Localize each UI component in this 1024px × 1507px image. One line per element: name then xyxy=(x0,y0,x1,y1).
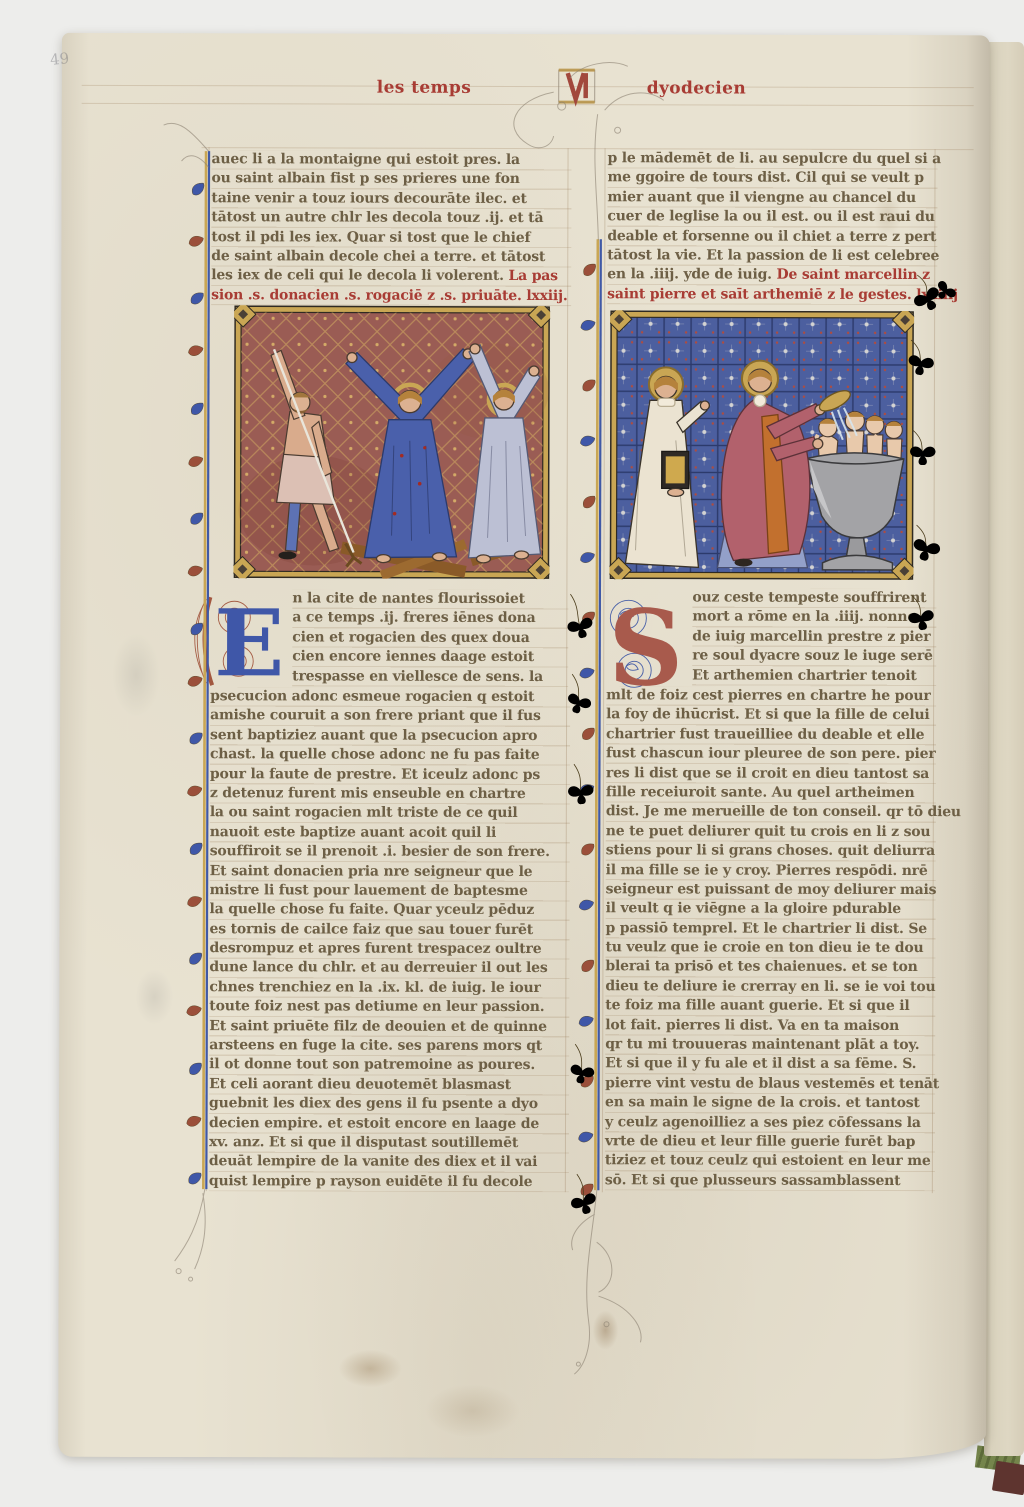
text-line: sent baptiziez auant que la psecucion ap… xyxy=(210,726,570,746)
text-column-right-indent: ouz ceste tempeste souffrirentmort a rōm… xyxy=(692,588,936,686)
text-line: tātost la vie. Et la passion de li est c… xyxy=(607,246,937,266)
parchment-stain xyxy=(592,1310,618,1350)
text-line: blerai ta prisō et tes chaienues. et se … xyxy=(605,958,935,978)
centre-border-bar xyxy=(595,239,600,1190)
text-line: ne te puet deliurer quit tu crois en li … xyxy=(606,822,936,842)
text-line: chartrier fust traueilliee du deable et … xyxy=(606,725,936,745)
text-column-left-body: psecucion adonc esmeue rogacien q estoit… xyxy=(209,687,570,1192)
text-line: mier auant que il viengne au chancel du xyxy=(607,188,937,208)
text-line: dieu te deliure ie crerray en li. se ie … xyxy=(605,977,935,997)
text-line: Et si que il y fu ale et il dist a sa fē… xyxy=(605,1055,935,1075)
text-line: seigneur est puissant de moy deliurer ma… xyxy=(606,880,936,900)
text-line: y ceulz agenoilliez a ses piez cōfessans… xyxy=(605,1113,935,1133)
text-line: auec li a la montaigne qui estoit pres. … xyxy=(212,150,572,170)
text-line: vrte de dieu et leur fille guerie furēt … xyxy=(605,1132,935,1152)
text-line: sion .s. donacien .s. rogaciē z .s. priu… xyxy=(211,286,571,306)
text-line: fust chascun iour pleuree de son pere. p… xyxy=(606,744,936,764)
text-line: Et saint donacien pria nre seigneur que … xyxy=(210,862,570,882)
text-line: mistre li fust pour lauement de baptesme xyxy=(210,881,570,901)
text-line: re soul dyacre souz le iuge serē xyxy=(692,647,936,667)
text-line: de iuig marcellin prestre z pier xyxy=(692,627,936,647)
text-line: il veult q ie viēgne a la gloire pdurabl… xyxy=(606,900,936,920)
text-line: de saint albain decole chei a terre. et … xyxy=(211,247,571,267)
initial-letter-e: E xyxy=(214,589,284,693)
parchment-stain xyxy=(338,1350,402,1388)
text-line: pour la faute de prestre. Et iceulz adon… xyxy=(210,765,570,785)
text-line: te foiz ma fille auant guerie. Et si que… xyxy=(605,996,935,1016)
text-line: desrompuz et apres furent trespacez oult… xyxy=(209,939,569,959)
parchment-stain xyxy=(135,969,173,1025)
text-line: tost il pdi les iex. Quar si tost que le… xyxy=(211,228,571,248)
text-line: cuer de leglise la ou il est. ou il est … xyxy=(607,207,937,227)
text-line: Et arthemien chartrier tenoit xyxy=(692,666,936,686)
text-line: res li dist que se il croit en dieu tant… xyxy=(606,764,936,784)
text-line: en la .iiij. yde de iuig. De saint marce… xyxy=(607,266,937,286)
text-line: dune lance du chlr. et au derreuier il o… xyxy=(209,959,569,979)
text-line: il ot donne tout son patremoine as poure… xyxy=(209,1056,569,1076)
text-line: lot fait. pierres li dist. Va en ta mais… xyxy=(605,1016,935,1036)
text-line: amishe couruit a son frere priant que il… xyxy=(210,707,570,727)
parchment-stain xyxy=(424,1384,520,1438)
miniature-martyrdom-scene xyxy=(233,305,550,579)
text-line: p passiō temprel. Et le chartrier li dis… xyxy=(605,919,935,939)
text-line: cien encore iennes daage estoit xyxy=(292,648,568,668)
text-column-left-top: auec li a la montaigne qui estoit pres. … xyxy=(211,150,571,306)
text-line: ou saint albain fist p ses prieres une f… xyxy=(211,170,571,190)
text-line: tu veulz que ie croie en ton dieu ie te … xyxy=(605,938,935,958)
text-line: fille receiuroit sante. Au quel artheime… xyxy=(606,783,936,803)
text-line: sō. Et si que plusseurs sassamblassent xyxy=(605,1171,935,1191)
manuscript-page: les temps dyodecien V auec li a la monta… xyxy=(58,33,990,1459)
initial-letter-s: S xyxy=(608,586,683,702)
running-title-left: les temps xyxy=(377,78,472,98)
quire-numeral-ornament: V xyxy=(551,62,603,114)
text-line: ouz ceste tempeste souffrirent xyxy=(692,588,936,608)
text-line: en sa main le signe de la crois. et tant… xyxy=(605,1093,935,1113)
header-ruling xyxy=(82,103,974,106)
text-line: souffiroit se il prenoit .i. besier de s… xyxy=(210,842,570,862)
text-line: stiens pour li si grans choses. quit del… xyxy=(606,841,936,861)
text-line: tātost un autre chlr les decola touz .ij… xyxy=(211,208,571,228)
text-line: z detenuz furent mis enseuble en chartre xyxy=(210,784,570,804)
quire-numeral: V xyxy=(571,95,572,97)
text-line: quist lempire p rayson euidēte il fu dec… xyxy=(209,1172,569,1192)
centre-border-ivy-leaves xyxy=(578,263,598,1196)
header-ruling xyxy=(82,85,974,88)
adjacent-page-edge xyxy=(984,42,1024,1456)
text-line: deuāt lempire de la vanite des diex et i… xyxy=(209,1153,569,1173)
text-line: la quelle chose fu faite. Quar yceulz pē… xyxy=(210,900,570,920)
text-line: xv. anz. Et si que il disputast soutille… xyxy=(209,1133,569,1153)
text-line: taine venir a touz iours decourāte ilec.… xyxy=(211,189,571,209)
text-line: a ce temps .ij. freres iēnes dona xyxy=(292,609,568,629)
parchment-stain xyxy=(112,633,160,717)
text-line: toute foiz nest pas detiume en leur pass… xyxy=(209,997,569,1017)
text-column-left-indent: n la cite de nantes flourissoieta ce tem… xyxy=(292,589,568,687)
text-line: pierre vint vestu de blaus vestemēs et t… xyxy=(605,1074,935,1094)
miniature-baptism-scene xyxy=(609,310,914,580)
text-line: dist. Je me merueille de ton conseil. qr… xyxy=(606,803,936,823)
text-line: guebnit les diex des gens il fu psente a… xyxy=(209,1094,569,1114)
text-line: chnes trenchiez en la .ix. kl. de iuig. … xyxy=(209,978,569,998)
text-column-right-body: mlt de foiz cest pierres en chartre he p… xyxy=(605,686,936,1191)
text-line: il ma fille se ie y croy. Pierres respōd… xyxy=(606,861,936,881)
text-line: me ggoire de tours dist. Cil qui se veul… xyxy=(607,169,937,189)
text-line: la ou saint rogacien mlt triste de ce qu… xyxy=(210,804,570,824)
text-line: trespasse en viellesce de sens. la xyxy=(292,667,568,687)
text-line: saint pierre et saīt arthemiē z le geste… xyxy=(607,285,937,305)
text-line: qr tu mi trouueras maintenant plāt a toy… xyxy=(605,1035,935,1055)
text-line: decien empire. et estoit encore en laage… xyxy=(209,1114,569,1134)
text-line: arsteens en fuge la cite. ses parens mor… xyxy=(209,1036,569,1056)
text-line: Et saint priuēte filz de deouien et de q… xyxy=(209,1017,569,1037)
decorated-initial-s: S xyxy=(594,584,686,702)
text-line: les iex de celi qui le decola li voleren… xyxy=(211,267,571,287)
text-line: nauoit este baptize auant acoit quil li xyxy=(210,823,570,843)
text-line: Et celi aorant dieu deuotemēt blasmast xyxy=(209,1075,569,1095)
text-line: cien et rogacien des quex doua xyxy=(292,628,568,648)
text-line: p le mādemēt de li. au sepulcre du quel … xyxy=(608,149,938,169)
text-line: mort a rōme en la .iiij. nonne xyxy=(692,608,936,628)
decorated-initial-e: E xyxy=(192,587,288,693)
text-line: n la cite de nantes flourissoiet xyxy=(292,589,568,609)
text-line: tiziez et touz ceulz qui estoient en leu… xyxy=(605,1152,935,1172)
running-title-right: dyodecien xyxy=(647,78,746,98)
text-column-right-top: p le mādemēt de li. au sepulcre du quel … xyxy=(607,149,937,305)
binding-cover-edge xyxy=(992,1461,1024,1496)
text-line: deable et forsenne ou il chiet a terre z… xyxy=(607,227,937,247)
text-line: chast. la quelle chose adonc ne fu pas f… xyxy=(210,745,570,765)
text-line: es tornis de cailce faiz que sau touer f… xyxy=(209,920,569,940)
text-line: la foy de ihūcrist. Et si que la fille d… xyxy=(606,706,936,726)
folio-pencil-number: 49 xyxy=(49,49,70,69)
